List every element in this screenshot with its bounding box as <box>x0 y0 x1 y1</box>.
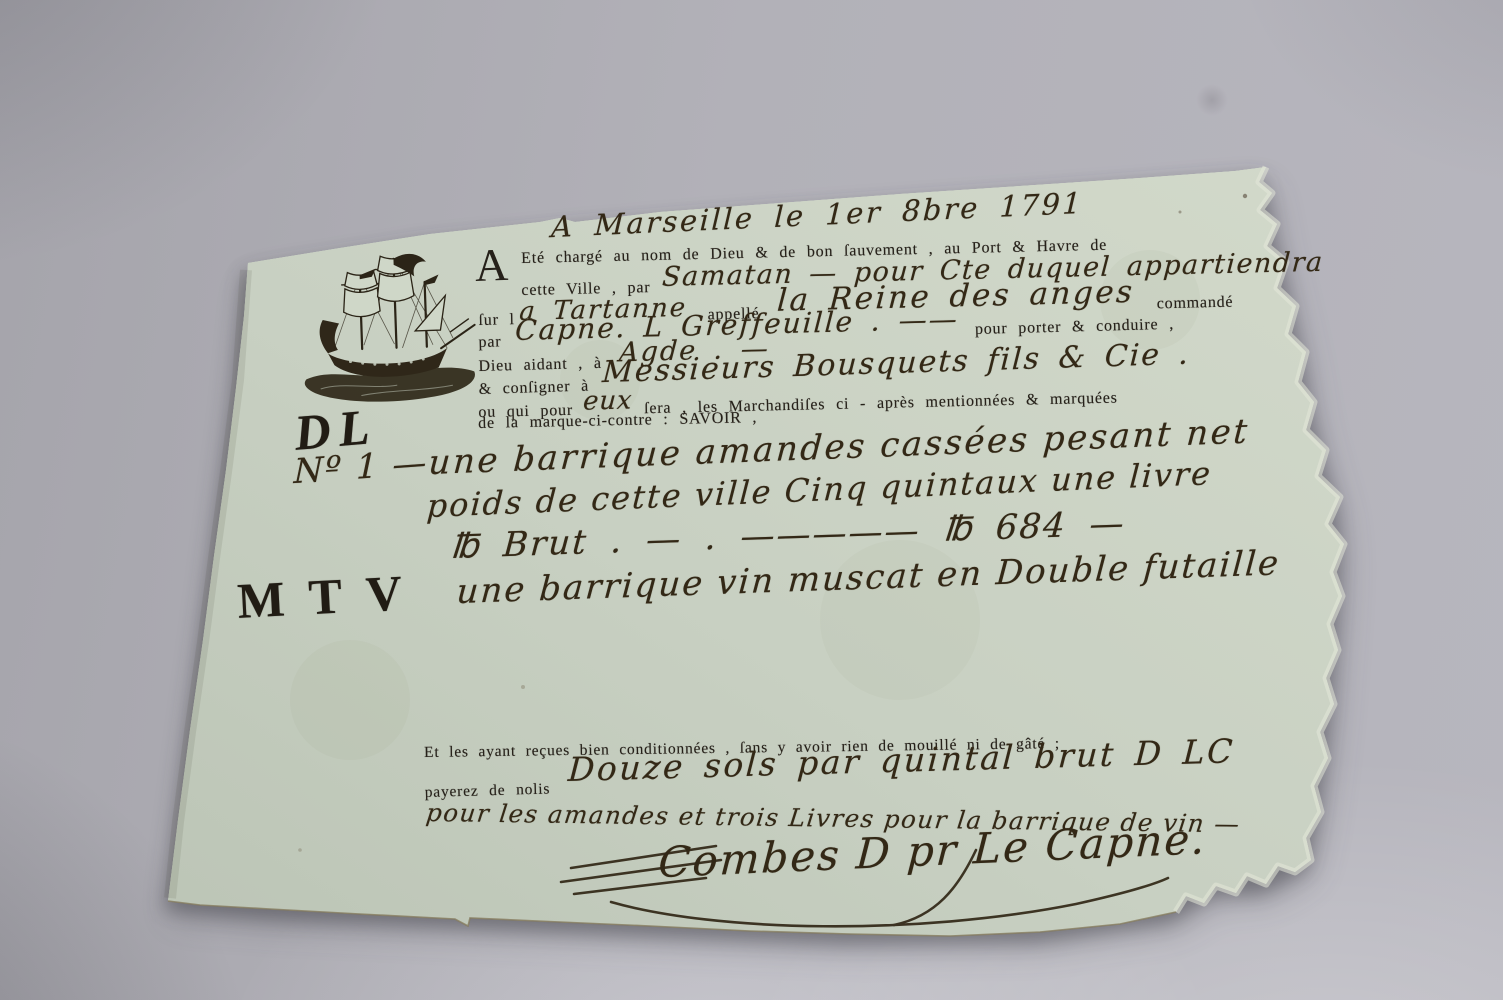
printed-text: pour porter & conduire , <box>975 316 1175 338</box>
item-number: Nº 1 — <box>293 443 428 493</box>
dropcap-initial: A <box>474 242 509 289</box>
bill-of-lading: A Marseille le 1er 8bre 1791 A Eté charg… <box>0 0 1503 1000</box>
dateline: A Marseille le 1er 8bre 1791 <box>551 186 1085 244</box>
photo-backdrop: A Marseille le 1er 8bre 1791 A Eté charg… <box>0 0 1503 1000</box>
cargo-mark-mtv: MTV <box>236 562 427 630</box>
ship-engraving-icon <box>296 244 484 412</box>
